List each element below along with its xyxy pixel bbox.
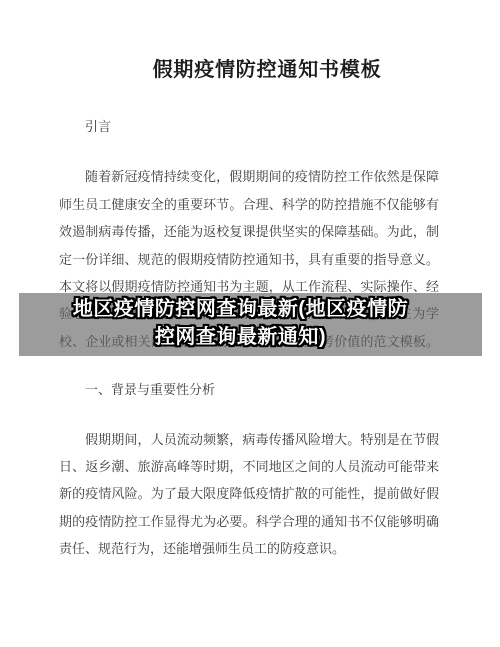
paragraph-line: 师生员工健康安全的重要环节。合理、科学的防控措施不仅能够有 — [59, 191, 439, 218]
paragraph-line: 日、返乡潮、旅游高峰等时期，不同地区之间的人员流动可能带来 — [59, 453, 439, 480]
overlay-title: 地区疫情防控网查询最新(地区疫情防 控网查询最新通知) — [19, 293, 482, 351]
intro-heading: 引言 — [59, 113, 439, 140]
document-title: 假期疫情防控通知书模板 — [0, 0, 500, 82]
overlay-title-line-2: 控网查询最新通知) — [19, 323, 462, 351]
paragraph-line: 责任、规范行为，还能增强师生员工的防疫意识。 — [59, 535, 439, 562]
paragraph-line: 随着新冠疫情持续变化，假期期间的疫情防控工作依然是保障 — [59, 163, 439, 190]
seo-overlay-band: 地区疫情防控网查询最新(地区疫情防 控网查询最新通知) — [19, 293, 482, 356]
paragraph-line: 假期期间，人员流动频繁，病毒传播风险增大。特别是在节假 — [59, 426, 439, 453]
document-page: 假期疫情防控通知书模板 引言 随着新冠疫情持续变化，假期期间的疫情防控工作依然是… — [0, 0, 500, 647]
paragraph-line: 定一份详细、规范的假期疫情防控通知书，具有重要的指导意义。 — [59, 246, 439, 273]
paragraph-background: 假期期间，人员流动频繁，病毒传播风险增大。特别是在节假 日、返乡潮、旅游高峰等时… — [59, 426, 439, 563]
overlay-title-line-1: 地区疫情防控网查询最新(地区疫情防 — [19, 295, 462, 323]
paragraph-line: 效遏制病毒传播，还能为返校复课提供坚实的保障基础。为此，制 — [59, 218, 439, 245]
section-heading: 一、背景与重要性分析 — [59, 376, 439, 403]
paragraph-line: 期的疫情防控工作显得尤为必要。科学合理的通知书不仅能够明确 — [59, 508, 439, 535]
paragraph-line: 新的疫情风险。为了最大限度降低疫情扩散的可能性，提前做好假 — [59, 480, 439, 507]
